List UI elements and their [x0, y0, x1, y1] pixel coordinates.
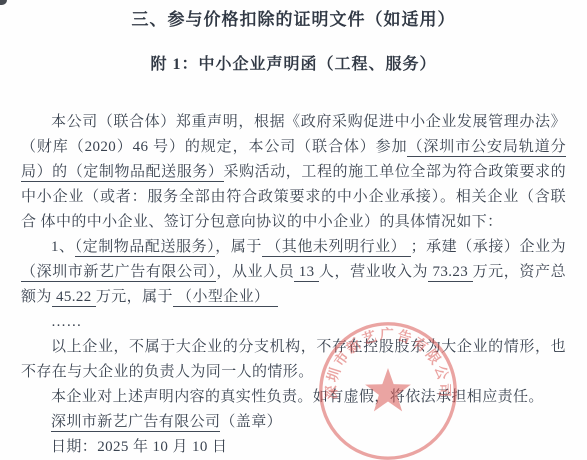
responsibility-paragraph: 本企业对上述声明内容的真实性负责。如有虚假，将依法承担相应责任。	[21, 385, 566, 410]
para2-text-7: 万元，属于	[96, 289, 173, 305]
declaration-paragraph: 本公司（联合体）郑重声明，根据《政府采购促进中小企业发展管理办法》（财库（202…	[21, 110, 566, 235]
enterprise-type-underline: （小型企业）	[173, 289, 278, 307]
employee-count-underline: 13	[294, 264, 319, 282]
attachment-title: 附 1：中小企业声明函（工程、服务）	[18, 54, 569, 76]
company-name: 深圳市新艺广告有限公司	[51, 414, 220, 432]
industry-underline: （其他未列明行业）	[262, 239, 411, 257]
company-seal: 深圳市新艺广告有限公司	[316, 319, 460, 460]
assets-underline: 45.22	[52, 289, 96, 307]
no-affiliation-paragraph: 以上企业，不属于大企业的分支机构，不存在控股股东为大企业的情形，也不存在与大企业…	[21, 335, 566, 385]
contractor-name-underline: （深圳市新艺广告有限公司）	[21, 264, 216, 282]
document-body: 本公司（联合体）郑重声明，根据《政府采购促进中小企业发展管理办法》（财库（202…	[0, 76, 587, 460]
ellipsis-line: ……	[21, 310, 566, 335]
document-page: 三、参与价格扣除的证明文件（如适用） 附 1：中小企业声明函（工程、服务） 本公…	[0, 0, 587, 460]
para2-text-5: 人，营业收入为	[319, 264, 428, 280]
scan-artifact	[0, 0, 7, 5]
revenue-underline: 73.23	[428, 264, 472, 282]
para2-text-3: ；承建（承接）企业为	[411, 239, 566, 255]
para2-text-2: ，属于	[215, 239, 262, 255]
para2-text-4: ，从业人员	[216, 264, 294, 280]
section-title: 三、参与价格扣除的证明文件（如适用）	[18, 9, 569, 31]
seal-star-icon	[365, 368, 411, 411]
item-number: 1、	[51, 239, 75, 255]
signature-line: 深圳市新艺广告有限公司（盖章）	[21, 410, 566, 435]
enterprise-detail-paragraph: 1、（定制物品配送服务），属于 （其他未列明行业） ；承建（承接）企业为（深圳市…	[21, 235, 566, 310]
date-line: 日期：2025 年 10 月 10 日	[21, 435, 566, 460]
project-name-underline: （定制物品配送服务）	[75, 239, 216, 257]
seal-here-label: （盖章）	[220, 414, 282, 430]
